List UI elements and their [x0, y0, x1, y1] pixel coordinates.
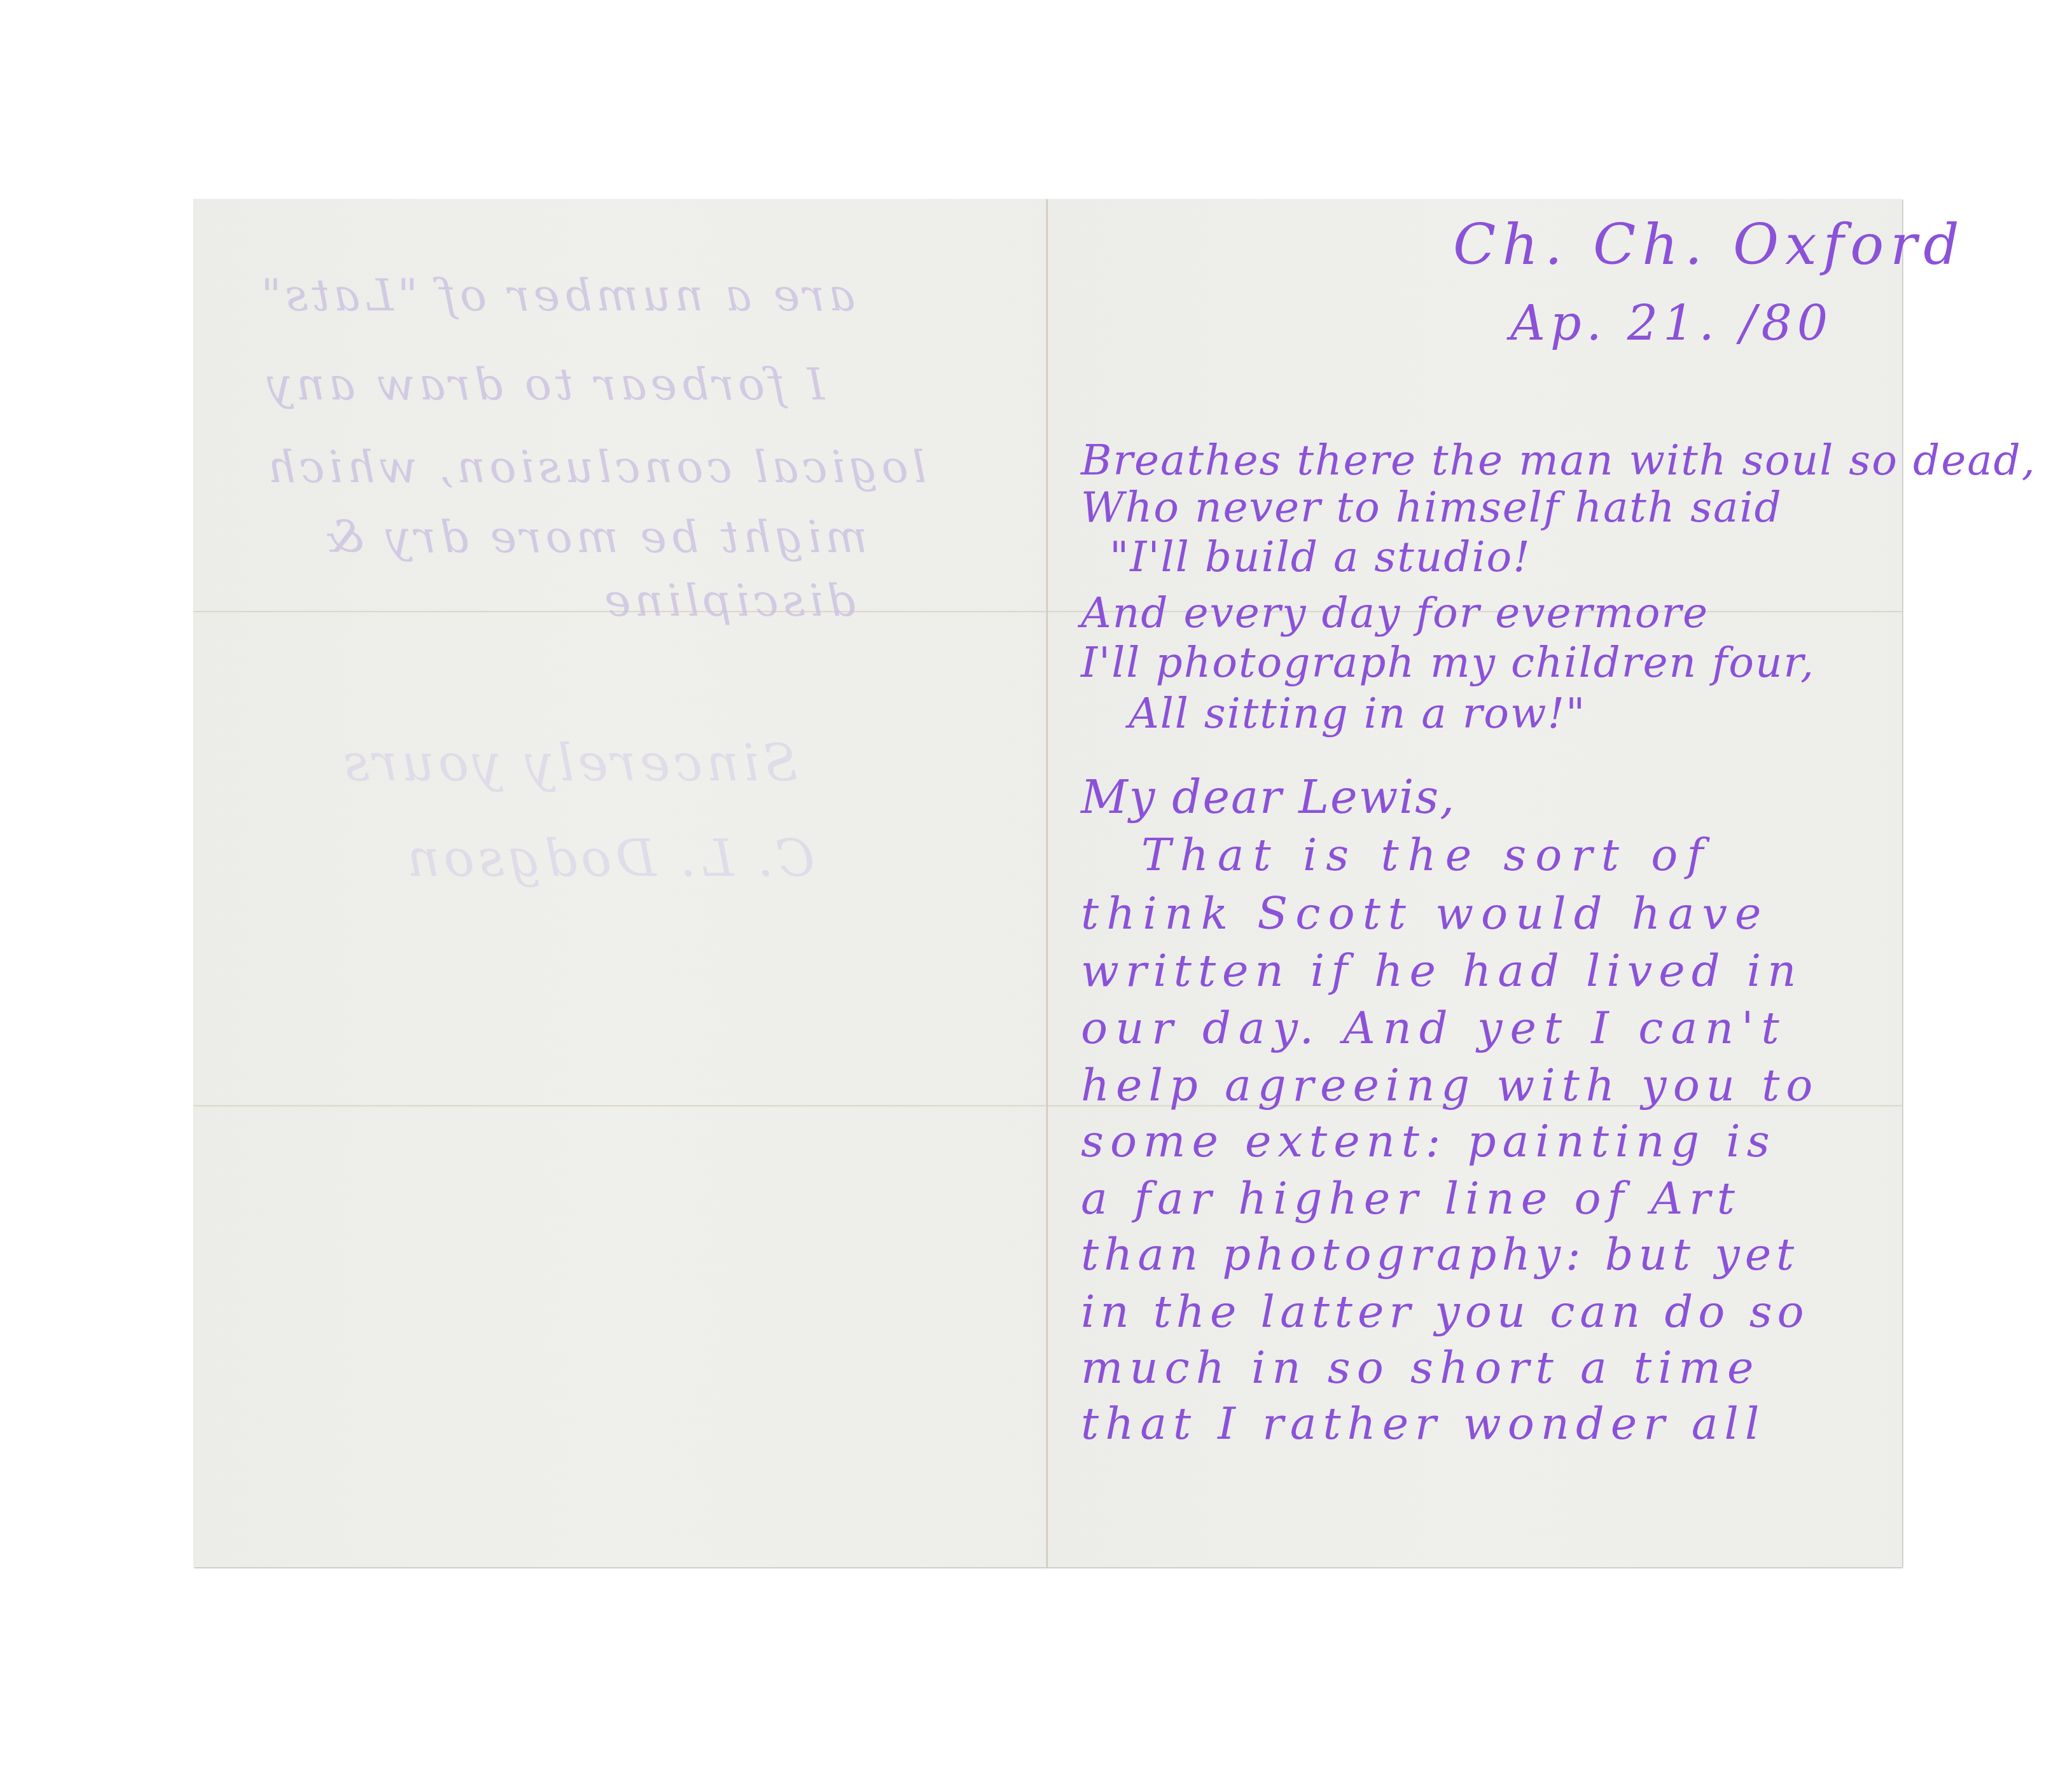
verse-line: And every day for evermore — [1081, 588, 1709, 637]
body-line: our day. And yet I can't — [1081, 1002, 1787, 1054]
bleed-through-closing: Sincerely yours — [340, 733, 798, 793]
verse-line: I'll photograph my children four, — [1081, 638, 1815, 687]
verse-line: "I'll build a studio! — [1109, 532, 1531, 581]
body-line: that I rather wonder all — [1081, 1397, 1765, 1450]
body-line: That is the sort of — [1141, 829, 1712, 881]
bleed-through-line: discipline — [601, 574, 856, 627]
bleed-through-line: might be more dry & — [321, 511, 868, 563]
body-line: written if he had lived in — [1081, 945, 1802, 997]
bleed-through-line: are a number of "Lats" — [257, 269, 855, 321]
body-line: a far higher line of Art — [1081, 1172, 1741, 1224]
body-line: think Scott would have — [1081, 887, 1769, 939]
bleed-through-line: I forbear to draw any — [263, 358, 824, 410]
body-line: help agreeing with you to — [1081, 1059, 1819, 1111]
body-line: than photography: but yet — [1081, 1228, 1799, 1280]
salutation: My dear Lewis, — [1081, 770, 1456, 824]
horizontal-fold-lower — [193, 1105, 1048, 1107]
letter-place-header: Ch. Ch. Oxford — [1453, 212, 1966, 277]
body-line: much in so short a time — [1081, 1341, 1760, 1394]
letter-date: Ap. 21. /80 — [1510, 294, 1833, 351]
verse-line: All sitting in a row!" — [1129, 689, 1586, 738]
verse-line: Who never to himself hath said — [1081, 483, 1783, 532]
left-page: are a number of "Lats" I forbear to draw… — [193, 199, 1048, 1567]
body-line: in the latter you can do so — [1081, 1285, 1809, 1338]
verse-line: Breathes there the man with soul so dead… — [1081, 436, 2036, 485]
letter-sheet: are a number of "Lats" I forbear to draw… — [193, 199, 1902, 1567]
bleed-through-line: logical conclusion, which — [263, 441, 926, 493]
body-line: some extent: painting is — [1081, 1115, 1776, 1167]
bleed-through-signature: C. L. Dodgson — [403, 829, 815, 888]
